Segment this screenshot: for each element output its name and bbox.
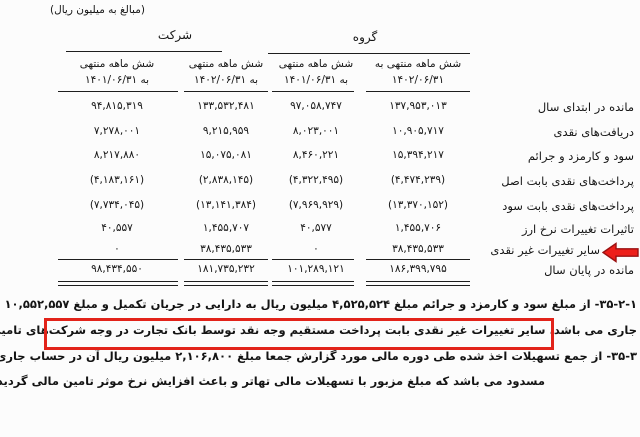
table-row: ۷,۲۷۸,۰۰۱ ۹,۲۱۵,۹۵۹ ۸,۰۲۳,۰۰۱ ۱۰,۹۰۵,۷۱۷…: [0, 125, 640, 142]
double-rule-c4: [366, 281, 470, 286]
cell-group-curr: ۱۳۷,۹۵۳,۰۱۳: [366, 100, 470, 112]
col-header-group-prev: شش ماهه منتهی به ۱۴۰۱/۰۶/۳۱: [272, 56, 360, 88]
cell-group-curr: (۱۳,۳۷۰,۱۵۲): [366, 199, 470, 211]
cell-group-prev: ۱۰۱,۲۸۹,۱۲۱: [272, 263, 360, 275]
total-rule-c3: [272, 259, 354, 260]
double-rule-c2: [184, 281, 268, 286]
cell-group-prev: ۰: [272, 243, 360, 255]
double-rule-c1: [58, 281, 178, 286]
cell-group-curr: (۴,۴۷۴,۲۳۹): [366, 174, 470, 186]
total-rule-c2: [184, 259, 268, 260]
cell-company-prev: ۷,۲۷۸,۰۰۱: [56, 125, 178, 137]
cell-company-prev: (۴,۱۸۳,۱۶۱): [56, 174, 178, 186]
cell-group-curr: ۱,۴۵۵,۷۰۶: [366, 222, 470, 234]
cell-group-prev: ۸,۰۲۳,۰۰۱: [272, 125, 360, 137]
row-label: سایر تغییرات غیر نقدی: [490, 243, 600, 257]
header-rule-c2: [184, 91, 268, 92]
col-header-company-prev: شش ماهه منتهی به ۱۴۰۱/۰۶/۳۱: [56, 56, 178, 88]
cell-company-curr: (۱۳,۱۴۱,۳۸۴): [184, 199, 268, 211]
cell-company-prev: ۸,۲۱۷,۸۸۰: [56, 149, 178, 161]
table-row: ۹۴,۸۱۵,۳۱۹ ۱۳۳,۵۳۲,۴۸۱ ۹۷,۰۵۸,۷۴۷ ۱۳۷,۹۵…: [0, 100, 640, 117]
note-35-2-1-line2: جاری می باشد. سایر تغییرات غیر نقدی بابت…: [0, 323, 637, 337]
note-35-2-1-line1: ۳۵-۲-۱- از مبلغ سود و کارمزد و جرائم مبل…: [0, 297, 637, 311]
total-rule-c1: [58, 259, 178, 260]
table-row: ۸,۲۱۷,۸۸۰ ۱۵,۰۷۵,۰۸۱ ۸,۴۶۰,۲۲۱ ۱۵,۳۹۴,۲۱…: [0, 149, 640, 166]
row-label: سود و کارمزد و جرائم: [528, 149, 634, 163]
col-header-company-curr: شش ماهه منتهی به ۱۴۰۲/۰۶/۳۱: [184, 56, 268, 88]
col-header-group-curr: شش ماهه منتهی به ۱۴۰۲/۰۶/۳۱: [366, 56, 470, 88]
header-rule-c4: [366, 91, 470, 92]
double-rule-c3: [272, 281, 354, 286]
row-label: پرداخت‌های نقدی بابت اصل: [501, 174, 634, 188]
cell-company-prev: ۴۰,۵۵۷: [56, 222, 178, 234]
cell-group-prev: ۴۰,۵۷۷: [272, 222, 360, 234]
amounts-unit-note: (مبالغ به میلیون ریال): [50, 4, 145, 16]
cell-company-curr: ۱۸۱,۷۳۵,۲۳۲: [184, 263, 268, 275]
cell-group-curr: ۱۵,۳۹۴,۲۱۷: [366, 149, 470, 161]
table-row: (۷,۷۳۴,۰۴۵) (۱۳,۱۴۱,۳۸۴) (۷,۹۶۹,۹۲۹) (۱۳…: [0, 199, 640, 216]
cell-group-curr: ۱۸۶,۳۹۹,۷۹۵: [366, 263, 470, 275]
table-row-highlighted: ۰ ۳۸,۴۳۵,۵۳۳ ۰ ۳۸,۴۳۵,۵۳۳ سایر تغییرات غ…: [0, 243, 640, 260]
table-row-total: ۹۸,۴۳۴,۵۵۰ ۱۸۱,۷۳۵,۲۳۲ ۱۰۱,۲۸۹,۱۲۱ ۱۸۶,۳…: [0, 263, 640, 280]
group-group-rule: [268, 53, 470, 54]
row-label: مانده در پایان سال: [544, 263, 634, 277]
cell-company-prev: (۷,۷۳۴,۰۴۵): [56, 199, 178, 211]
row-label: تاثیرات تغییرات نرخ ارز: [522, 222, 634, 236]
row-label: دریافت‌های نقدی: [554, 125, 634, 139]
group-header-group: گروه: [335, 30, 395, 44]
cell-company-prev: ۹۴,۸۱۵,۳۱۹: [56, 100, 178, 112]
note-line2-start: جاری می باشد.: [550, 323, 638, 337]
cell-company-curr: ۹,۲۱۵,۹۵۹: [184, 125, 268, 137]
cell-company-curr: ۱۵,۰۷۵,۰۸۱: [184, 149, 268, 161]
cell-company-curr: ۳۸,۴۳۵,۵۳۳: [184, 243, 268, 255]
scanned-financial-statement-page: (مبالغ به میلیون ریال) شرکت گروه شش ماهه…: [0, 0, 640, 437]
arrow-left-icon: [602, 242, 639, 263]
header-rule-c1: [58, 91, 178, 92]
cell-group-prev: (۷,۹۶۹,۹۲۹): [272, 199, 360, 211]
cell-company-curr: ۱۳۳,۵۳۲,۴۸۱: [184, 100, 268, 112]
cell-company-curr: (۲,۸۳۸,۱۴۵): [184, 174, 268, 186]
cell-company-prev: ۰: [56, 243, 178, 255]
cell-group-prev: (۴,۳۲۲,۴۹۵): [272, 174, 360, 186]
note-35-3-line2: مسدود می باشد که مبلغ مزبور با تسهیلات م…: [0, 374, 545, 388]
cell-company-prev: ۹۸,۴۳۴,۵۵۰: [56, 263, 178, 275]
cell-company-curr: ۱,۴۵۵,۷۰۷: [184, 222, 268, 234]
total-rule-c4: [366, 259, 470, 260]
cell-group-curr: ۱۰,۹۰۵,۷۱۷: [366, 125, 470, 137]
header-rule-c3: [272, 91, 354, 92]
cell-group-prev: ۹۷,۰۵۸,۷۴۷: [272, 100, 360, 112]
group-header-company: شرکت: [145, 28, 205, 42]
cell-group-curr: ۳۸,۴۳۵,۵۳۳: [366, 243, 470, 255]
table-row: ۴۰,۵۵۷ ۱,۴۵۵,۷۰۷ ۴۰,۵۷۷ ۱,۴۵۵,۷۰۶ تاثیرا…: [0, 222, 640, 239]
note-line2-highlighted-text: سایر تغییرات غیر نقدی بابت پرداخت مستقیم…: [0, 323, 545, 337]
table-row: (۴,۱۸۳,۱۶۱) (۲,۸۳۸,۱۴۵) (۴,۳۲۲,۴۹۵) (۴,۴…: [0, 174, 640, 191]
company-group-rule: [66, 51, 222, 52]
row-label: مانده در ابتدای سال: [538, 100, 634, 114]
cell-group-prev: ۸,۴۶۰,۲۲۱: [272, 149, 360, 161]
row-label: پرداخت‌های نقدی بابت سود: [502, 199, 634, 213]
note-35-3-line1: ۳۵-۳- از جمع تسهیلات اخذ شده طی دوره مال…: [0, 349, 637, 363]
